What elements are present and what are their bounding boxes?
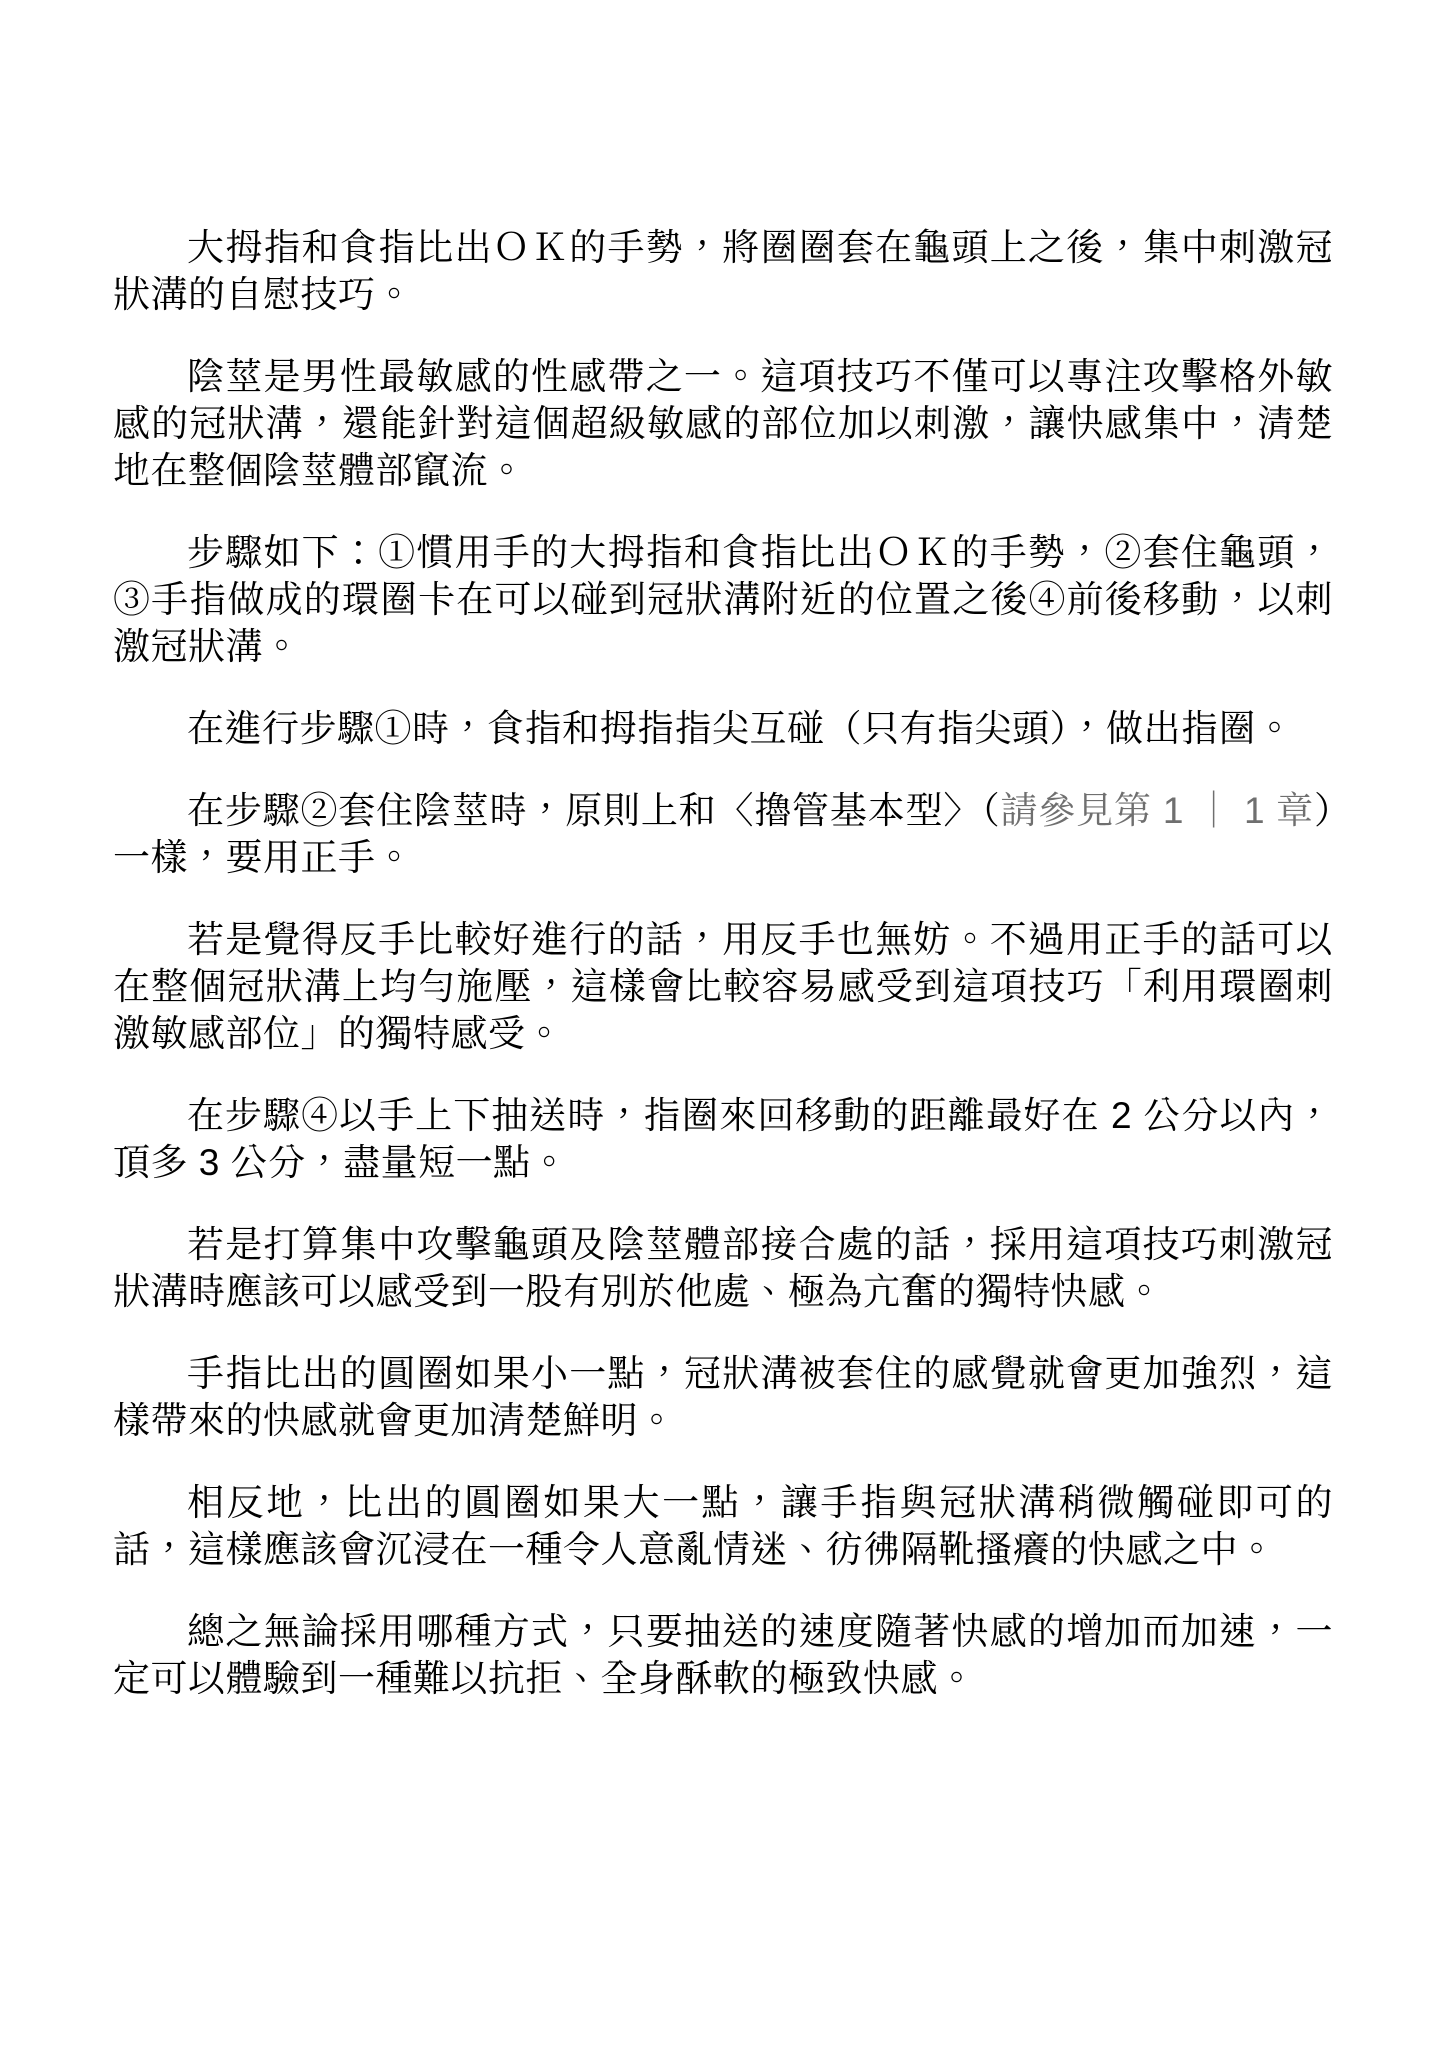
paragraph: 在進行步驟①時，食指和拇指指尖互碰（只有指尖頭），做出指圈。 xyxy=(113,705,1333,752)
paragraph: 若是覺得反手比較好進行的話，用反手也無妨。不過用正手的話可以在整個冠狀溝上均勻施… xyxy=(113,916,1333,1057)
paragraph: 相反地，比出的圓圈如果大一點，讓手指與冠狀溝稍微觸碰即可的話，這樣應該會沉浸在一… xyxy=(113,1479,1333,1573)
paragraph-text: 步驟如下：①慣用手的大拇指和食指比出ＯＫ的手勢，②套住龜頭，③手指做成的環圈卡在… xyxy=(113,532,1333,667)
paragraph-text: 手指比出的圓圈如果小一點，冠狀溝被套住的感覺就會更加強烈，這樣帶來的快感就會更加… xyxy=(113,1353,1333,1441)
paragraph: 在步驟②套住陰莖時，原則上和〈擼管基本型〉（請參見第 1 ｜ 1 章）一樣，要用… xyxy=(113,787,1333,881)
paragraph-text: 若是打算集中攻擊龜頭及陰莖體部接合處的話，採用這項技巧刺激冠狀溝時應該可以感受到… xyxy=(113,1224,1333,1312)
paragraph-text: 若是覺得反手比較好進行的話，用反手也無妨。不過用正手的話可以在整個冠狀溝上均勻施… xyxy=(113,919,1333,1054)
paragraph: 若是打算集中攻擊龜頭及陰莖體部接合處的話，採用這項技巧刺激冠狀溝時應該可以感受到… xyxy=(113,1221,1333,1315)
text-content: 大拇指和食指比出ＯＫ的手勢，將圈圈套在龜頭上之後，集中刺激冠狀溝的自慰技巧。陰莖… xyxy=(113,224,1333,1702)
paragraph-text: 在步驟④以手上下抽送時，指圈來回移動的距離最好在 2 公分以內，頂多 3 公分，… xyxy=(113,1095,1333,1183)
paragraph: 陰莖是男性最敏感的性感帶之一。這項技巧不僅可以專注攻擊格外敏感的冠狀溝，還能針對… xyxy=(113,353,1333,494)
paragraph: 步驟如下：①慣用手的大拇指和食指比出ＯＫ的手勢，②套住龜頭，③手指做成的環圈卡在… xyxy=(113,529,1333,670)
paragraph: 總之無論採用哪種方式，只要抽送的速度隨著快感的增加而加速，一定可以體驗到一種難以… xyxy=(113,1608,1333,1702)
ebook-page: { "page": { "background_color": "#ffffff… xyxy=(0,0,1446,2048)
paragraph: 大拇指和食指比出ＯＫ的手勢，將圈圈套在龜頭上之後，集中刺激冠狀溝的自慰技巧。 xyxy=(113,224,1333,318)
paragraph: 手指比出的圓圈如果小一點，冠狀溝被套住的感覺就會更加強烈，這樣帶來的快感就會更加… xyxy=(113,1350,1333,1444)
document-page: 大拇指和食指比出ＯＫ的手勢，將圈圈套在龜頭上之後，集中刺激冠狀溝的自慰技巧。陰莖… xyxy=(0,0,1446,2048)
paragraph-text: 在進行步驟①時，食指和拇指指尖互碰（只有指尖頭），做出指圈。 xyxy=(187,708,1294,749)
paragraph-text: 大拇指和食指比出ＯＫ的手勢，將圈圈套在龜頭上之後，集中刺激冠狀溝的自慰技巧。 xyxy=(113,227,1333,315)
paragraph-text: 總之無論採用哪種方式，只要抽送的速度隨著快感的增加而加速，一定可以體驗到一種難以… xyxy=(113,1611,1333,1699)
paragraph: 在步驟④以手上下抽送時，指圈來回移動的距離最好在 2 公分以內，頂多 3 公分，… xyxy=(113,1092,1333,1186)
paragraph-text: 相反地，比出的圓圈如果大一點，讓手指與冠狀溝稍微觸碰即可的話，這樣應該會沉浸在一… xyxy=(113,1482,1333,1570)
paragraph-text: 陰莖是男性最敏感的性感帶之一。這項技巧不僅可以專注攻擊格外敏感的冠狀溝，還能針對… xyxy=(113,356,1333,491)
chapter-reference-link[interactable]: 請參見第 1 ｜ 1 章 xyxy=(1001,790,1314,831)
paragraph-text: 在步驟②套住陰莖時，原則上和〈擼管基本型〉（ xyxy=(187,790,1001,831)
